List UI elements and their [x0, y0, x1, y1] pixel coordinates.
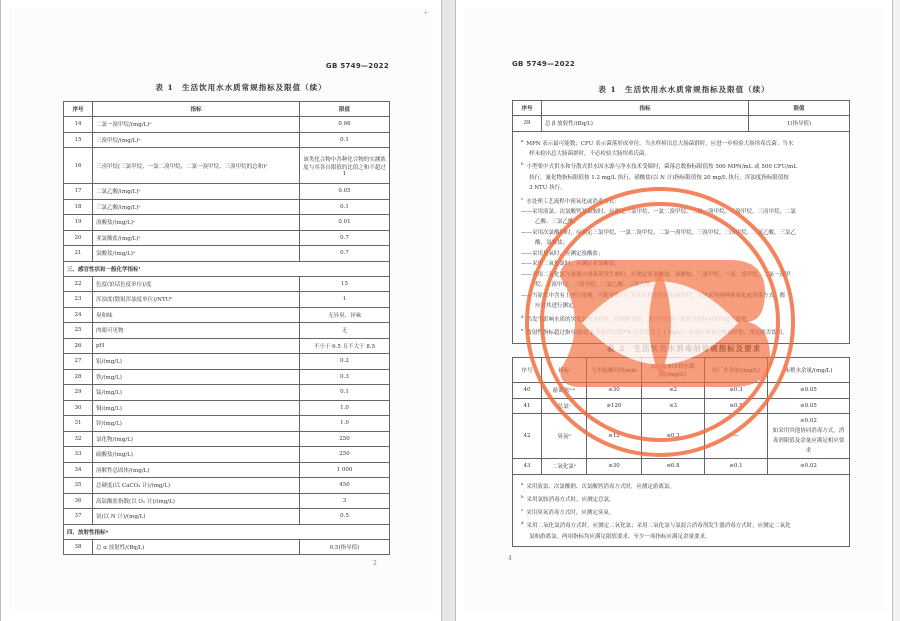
footnote-line: 执行，氟化物指标限值按 1.2 mg/L 执行，硝酸盐(以 N 计)指标限值按 … [521, 173, 841, 184]
row-number: 34 [64, 462, 93, 478]
limit-value: 1 [300, 292, 390, 308]
cell-contact: ≥30 [587, 459, 642, 475]
cell-indicator: 游离氯ᵃ·ᵇ [542, 383, 587, 399]
table-row: 32氯化物/(mg/L)250 [64, 431, 390, 447]
footnote-mark: e [521, 327, 523, 332]
table-row: 43二氧化氯ᵉ≥30≤0.8≥0.1≥0.02 [513, 459, 850, 475]
table-2-header: 出厂水余量/(mg/L) [705, 358, 768, 383]
table-row: 41总氯ᶜ≥120≤3≥0.5≥0.05 [513, 398, 850, 414]
limit-value: 0.05 [300, 184, 390, 200]
indicator-name: 肉眼可见物 [93, 323, 300, 339]
cell-no: 40 [513, 383, 542, 399]
indicator-name: 铁/(mg/L) [93, 369, 300, 385]
footnote-text: ——采用二氧化氯时，应测定亚氯酸盐； [521, 261, 620, 267]
limit-value: 无 [300, 323, 390, 339]
section-label: 三、感官性状和一般化学指标ᶠ [64, 261, 390, 276]
table-2-header: 序号 [513, 358, 542, 383]
table-row: 40游离氯ᵃ·ᵇ≥30≤2≥0.3≥0.05 [513, 383, 850, 399]
footnote-text: 3 NTU 执行。 [529, 185, 566, 191]
cell-factory: ≥0.1 [705, 459, 768, 475]
limit-value: 0.5(指导值) [300, 539, 390, 555]
footnote-text: 采用液氯、次氯酸钠、次氯酸钙消毒方式时，应测定游离氯。 [526, 483, 675, 489]
table-row: 17二氯乙酸/(mg/L)ᵉ0.05 [64, 184, 390, 200]
table-2-header: 与水接触时间/min [587, 358, 642, 383]
footnote-line: 应对其进行测定。 [521, 301, 841, 312]
table-row: 23浑浊度(散射浑浊度单位)/NTUᵇ1 [64, 292, 390, 308]
row-number: 17 [64, 184, 93, 200]
table-row: 30铜/(mg/L)1.0 [64, 400, 390, 416]
row-number: 24 [64, 307, 93, 323]
limit-value: 0.06 [300, 117, 390, 133]
cell-no: 41 [513, 398, 542, 414]
limit-value: 0.1 [300, 385, 390, 401]
row-number: 30 [64, 400, 93, 416]
footnote-text: 放射性指标超过指导值(总 β 放射性扣除⁴⁰K 后仍然大于 1 Bq/L)，应进… [526, 330, 787, 336]
footnote-text: 氯和游离氯。两项指标均应满足限值要求，至少一项指标应满足余量要求。 [529, 534, 711, 540]
footnote-text: 小型集中式供水和分散式供水因水源与净水技术受限时，菌落总数指标限值按 500 M… [527, 164, 798, 170]
table-row: 28铁/(mg/L)0.3 [64, 369, 390, 385]
indicator-name: 总 α 放射性/(Bq/L) [93, 539, 300, 555]
table-row: 42臭氧ᵈ≥12≤0.3—≥0.02 如采用其他协同消毒方式，消毒剂限值及余量应… [513, 414, 850, 459]
cell-tap: ≥0.02 [768, 459, 850, 475]
table-row: 14二氯一溴甲烷/(mg/L)ᵉ0.06 [64, 117, 390, 133]
cell-limit: ≤3 [642, 398, 705, 414]
footnote-text: ——采用二氧化氯与氯混合消毒剂发生器时，应测定亚氯酸盐、氯酸盐、三氯甲烷、一氯二… [521, 272, 791, 278]
row-number: 14 [64, 117, 93, 133]
indicator-name: 高锰酸盐指数(以 O₂ 计)/(mg/L) [93, 493, 300, 509]
table-row: 38总 α 放射性/(Bq/L)0.5(指导值) [64, 539, 390, 555]
row-number: 28 [64, 369, 93, 385]
header-no: 序号 [64, 102, 93, 117]
indicator-name: 三卤甲烷(三氯甲烷、一氯二溴甲烷、二氯一溴甲烷、三溴甲烷的总和)ᵉ [93, 148, 300, 184]
limit-value: 0.5 [300, 509, 390, 525]
footnote-mark: c [521, 507, 523, 512]
indicator-name: 铜/(mg/L) [93, 400, 300, 416]
footnote-text: ——采用臭氧时，应测定溴酸盐； [521, 251, 604, 257]
footnote-line: d采用二氧化氯消毒方式时，应测定二氧化氯；采用二氧化氯与氯混合消毒剂发生器消毒方… [521, 518, 841, 531]
cell-indicator: 臭氧ᵈ [542, 414, 587, 459]
row-number: 35 [64, 478, 93, 494]
row-number: 33 [64, 447, 93, 463]
limit-value: 450 [300, 478, 390, 494]
footnote-mark: b [521, 494, 524, 499]
limit-value: 0.3 [300, 369, 390, 385]
indicator-name: 二氯一溴甲烷/(mg/L)ᵉ [93, 117, 300, 133]
cell-factory: — [705, 414, 768, 459]
header-no: 序号 [513, 101, 542, 116]
page-number: 2 [373, 560, 377, 567]
row-number: 19 [64, 215, 93, 231]
footnote-line: 3 NTU 执行。 [521, 183, 841, 194]
table-row: 22色度(铂钴色度单位)/度15 [64, 276, 390, 292]
page-corner-mark: + [422, 8, 429, 17]
row-number: 26 [64, 338, 93, 354]
limit-value: 15 [300, 276, 390, 292]
footnote-text: ——采用液氯、次氯酸钙及氯胺时，应测定三氯甲烷、一氯二溴甲烷、二氯一溴甲烷、三溴… [521, 209, 796, 215]
table-row: 36高锰酸盐指数(以 O₂ 计)/(mg/L)3 [64, 493, 390, 509]
cell-factory: ≥0.3 [705, 383, 768, 399]
table-section-row: 四、放射性指标ᵍ [64, 524, 390, 539]
limit-value: 0.01 [300, 215, 390, 231]
footnote-line: ——当原水中含有上述污染物，可能导致出厂水和末梢水的超标风险时，无论采用何种预氧… [521, 291, 841, 302]
indicator-name: 溴酸盐/(mg/L)ᵉ [93, 215, 300, 231]
page-number: 4 [508, 555, 512, 562]
table-row: 29锰/(mg/L)0.1 [64, 385, 390, 401]
footnote-line: ——采用二氧化氯时，应测定亚氯酸盐； [521, 259, 841, 270]
table-row: 24臭和味无异臭、异味 [64, 307, 390, 323]
header-indicator: 指标 [93, 102, 300, 117]
footnote-text: 采用氯胺消毒方式时，应测定总氯。 [527, 497, 615, 503]
cell-limit: ≤0.8 [642, 459, 705, 475]
document-page-right: GB 5749—2022 表 1 生活饮用水水质常规指标及限值（续） 序号 指标… [455, 0, 893, 621]
footnote-line: aMPN 表示最可能数；CFU 表示菌落形成单位。当水样检出总大肠菌群时，应进一… [521, 136, 841, 149]
footnote-line: 烷、三溴甲烷、三卤甲烷、二氯乙酸、三氯乙酸； [521, 280, 841, 291]
table-notes: a采用液氯、次氯酸钠、次氯酸钙消毒方式时，应测定游离氯。b采用氯胺消毒方式时，应… [513, 474, 850, 547]
table-row: 18三氯乙酸/(mg/L)ᵉ0.1 [64, 199, 390, 215]
section-label: 四、放射性指标ᵍ [64, 524, 390, 539]
footnote-mark: a [521, 481, 523, 486]
footnote-line: 乙酸、三氯乙酸； [521, 217, 841, 228]
limit-value: 3 [300, 493, 390, 509]
table-notes-row: aMPN 表示最可能数；CFU 表示菌落形成单位。当水样检出总大肠菌群时，应进一… [513, 131, 850, 343]
limit-value: 该类化合物中各种化合物的实测浓度与其各自限值的比值之和不超过 1 [300, 148, 390, 184]
footnote-text: 水处理工艺流程中预氧化或消毒方式： [526, 198, 620, 204]
header-indicator: 指标 [542, 101, 749, 116]
cell-indicator: 二氧化氯ᵉ [542, 459, 587, 475]
limit-value: 1 000 [300, 462, 390, 478]
footnote-text: 执行，氟化物指标限值按 1.2 mg/L 执行，硝酸盐(以 N 计)指标限值按 … [529, 175, 789, 181]
row-number: 38 [64, 539, 93, 555]
table-1-end: 序号 指标 限值 39总 β 放射性/(Bq/L)1(指导值)aMPN 表示最可… [512, 100, 850, 344]
indicator-name: 亚氯酸盐/(mg/L)ᵉ [93, 230, 300, 246]
limit-value: 无异臭、异味 [300, 307, 390, 323]
table-section-row: 三、感官性状和一般化学指标ᶠ [64, 261, 390, 276]
footnote-line: ——采用次氯酸钠时，应测定三氯甲烷、一氯二溴甲烷、二氯一溴甲烷、三溴甲烷、三卤甲… [521, 228, 841, 239]
cell-limit: ≤0.3 [642, 414, 705, 459]
table-row: 31锌/(mg/L)1.0 [64, 416, 390, 432]
row-number: 39 [513, 116, 542, 132]
standard-number: GB 5749—2022 [512, 60, 575, 68]
footnote-line: b小型集中式供水和分散式供水因水源与净水技术受限时，菌落总数指标限值按 500 … [521, 159, 841, 172]
cell-no: 42 [513, 414, 542, 459]
cell-contact: ≥30 [587, 383, 642, 399]
header-limit: 限值 [300, 102, 390, 117]
indicator-name: 铝/(mg/L) [93, 354, 300, 370]
footnote-line: e放射性指标超过指导值(总 β 放射性扣除⁴⁰K 后仍然大于 1 Bq/L)，应… [521, 325, 841, 338]
table-row: 16三卤甲烷(三氯甲烷、一氯二溴甲烷、二氯一溴甲烷、三溴甲烷的总和)ᵉ该类化合物… [64, 148, 390, 184]
footnote-line: 样未检出总大肠菌群时，不必检验大肠埃希氏菌。 [521, 149, 841, 160]
limit-value: 250 [300, 447, 390, 463]
indicator-name: pH [93, 338, 300, 354]
row-number: 32 [64, 431, 93, 447]
cell-tap: ≥0.05 [768, 398, 850, 414]
indicator-name: 浑浊度(散射浑浊度单位)/NTUᵇ [93, 292, 300, 308]
table-notes: aMPN 表示最可能数；CFU 表示菌落形成单位。当水样检出总大肠菌群时，应进一… [513, 131, 850, 343]
table-notes-row: a采用液氯、次氯酸钠、次氯酸钙消毒方式时，应测定游离氯。b采用氯胺消毒方式时，应… [513, 474, 850, 547]
table-2-header: 末梢水余量/(mg/L) [768, 358, 850, 383]
footnote-text: MPN 表示最可能数；CFU 表示菌落形成单位。当水样检出总大肠菌群时，应进一步… [526, 140, 793, 146]
cell-no: 43 [513, 459, 542, 475]
indicator-name: 氯酸盐/(mg/L)ᵉ [93, 246, 300, 262]
footnote-line: ——采用液氯、次氯酸钙及氯胺时，应测定三氯甲烷、一氯二溴甲烷、二氯一溴甲烷、三溴… [521, 207, 841, 218]
footnote-mark: c [521, 196, 523, 201]
table-row: 26pH不小于 6.5 且不大于 8.5 [64, 338, 390, 354]
cell-factory: ≥0.5 [705, 398, 768, 414]
footnote-line: d当发生影响水质的突发公共事件时，经风险评估，感官性状和一般化学指标可暂时适当放… [521, 312, 841, 325]
row-number: 31 [64, 416, 93, 432]
cell-contact: ≥120 [587, 398, 642, 414]
table-1-title: 表 1 生活饮用水水质常规指标及限值（续） [476, 84, 892, 95]
footnote-mark: d [521, 520, 524, 525]
table-2-header: 出厂水和末梢水限值/(mg/L) [642, 358, 705, 383]
cell-tap: ≥0.05 [768, 383, 850, 399]
indicator-name: 锰/(mg/L) [93, 385, 300, 401]
table-1-continued: 序号 指标 限值 14二氯一溴甲烷/(mg/L)ᵉ0.0615三溴甲烷/(mg/… [63, 101, 390, 555]
footnote-mark: a [521, 138, 523, 143]
table-row: 39总 β 放射性/(Bq/L)1(指导值) [513, 116, 850, 132]
indicator-name: 锌/(mg/L) [93, 416, 300, 432]
table-row: 35总硬度(以 CaCO₃ 计)/(mg/L)450 [64, 478, 390, 494]
table-2-header: 指标 [542, 358, 587, 383]
cell-tap: ≥0.02 如采用其他协同消毒方式，消毒剂限值及余量应满足相应要求 [768, 414, 850, 459]
row-number: 16 [64, 148, 93, 184]
indicator-name: 硫酸盐/(mg/L) [93, 447, 300, 463]
footnote-line: ——采用臭氧时，应测定溴酸盐； [521, 249, 841, 260]
cell-contact: ≥12 [587, 414, 642, 459]
row-number: 15 [64, 132, 93, 148]
standard-number: GB 5749—2022 [326, 62, 389, 70]
table-row: 25肉眼可见物无 [64, 323, 390, 339]
row-number: 23 [64, 292, 93, 308]
footnote-line: 酸、氯酸盐； [521, 238, 841, 249]
table-2-title: 表 2 生活饮用水消毒剂常规指标及要求 [476, 343, 892, 354]
table-row: 33硫酸盐/(mg/L)250 [64, 447, 390, 463]
footnote-mark: b [521, 161, 524, 166]
footnote-text: ——当原水中含有上述污染物，可能导致出厂水和末梢水的超标风险时，无论采用何种预氧… [521, 293, 785, 299]
limit-value: 250 [300, 431, 390, 447]
table-row: 15三溴甲烷/(mg/L)ᵉ0.1 [64, 132, 390, 148]
table-2: 序号指标与水接触时间/min出厂水和末梢水限值/(mg/L)出厂水余量/(mg/… [512, 357, 850, 547]
footnote-text: 酸、氯酸盐； [535, 240, 568, 246]
indicator-name: 三氯乙酸/(mg/L)ᵉ [93, 199, 300, 215]
table-1-title: 表 1 生活饮用水水质常规指标及限值（续） [41, 82, 441, 93]
limit-value: 0.7 [300, 230, 390, 246]
indicator-name: 臭和味 [93, 307, 300, 323]
row-number: 36 [64, 493, 93, 509]
indicator-name: 三溴甲烷/(mg/L)ᵉ [93, 132, 300, 148]
limit-value: 不小于 6.5 且不大于 8.5 [300, 338, 390, 354]
indicator-name: 总 β 放射性/(Bq/L) [542, 116, 749, 132]
limit-value: 0.7 [300, 246, 390, 262]
footnote-line: ——采用二氧化氯与氯混合消毒剂发生器时，应测定亚氯酸盐、氯酸盐、三氯甲烷、一氯二… [521, 270, 841, 281]
table-row: 19溴酸盐/(mg/L)ᵉ0.01 [64, 215, 390, 231]
cell-indicator: 总氯ᶜ [542, 398, 587, 414]
indicator-name: 氯化物/(mg/L) [93, 431, 300, 447]
table-row: 27铝/(mg/L)0.2 [64, 354, 390, 370]
footnote-text: 当发生影响水质的突发公共事件时，经风险评估，感官性状和一般化学指标可暂时适当放宽… [527, 317, 753, 323]
row-number: 21 [64, 246, 93, 262]
table-row: 20亚氯酸盐/(mg/L)ᵉ0.7 [64, 230, 390, 246]
row-number: 25 [64, 323, 93, 339]
indicator-name: 氨(以 N 计)/(mg/L) [93, 509, 300, 525]
row-number: 22 [64, 276, 93, 292]
row-number: 18 [64, 199, 93, 215]
table-row: 37氨(以 N 计)/(mg/L)0.5 [64, 509, 390, 525]
row-number: 37 [64, 509, 93, 525]
row-number: 27 [64, 354, 93, 370]
footnote-text: 烷、三溴甲烷、三卤甲烷、二氯乙酸、三氯乙酸； [535, 282, 656, 288]
document-page-left: + GB 5749—2022 表 1 生活饮用水水质常规指标及限值（续） 序号 … [0, 0, 442, 621]
limit-value: 1.0 [300, 400, 390, 416]
indicator-name: 色度(铂钴色度单位)/度 [93, 276, 300, 292]
indicator-name: 总硬度(以 CaCO₃ 计)/(mg/L) [93, 478, 300, 494]
footnote-text: 采用二氧化氯消毒方式时，应测定二氧化氯；采用二氧化氯与氯混合消毒剂发生器消毒方式… [527, 523, 791, 529]
footnote-mark: d [521, 314, 524, 319]
footnote-line: c采用臭氧消毒方式时，应测定臭氧。 [521, 505, 841, 518]
footnote-line: 氯和游离氯。两项指标均应满足限值要求，至少一项指标应满足余量要求。 [521, 532, 841, 543]
limit-value: 0.1 [300, 132, 390, 148]
limit-value: 0.2 [300, 354, 390, 370]
row-number: 29 [64, 385, 93, 401]
limit-value: 0.1 [300, 199, 390, 215]
table-row: 34溶解性总固体/(mg/L)1 000 [64, 462, 390, 478]
row-number: 20 [64, 230, 93, 246]
footnote-text: 采用臭氧消毒方式时，应测定臭氧。 [526, 510, 614, 516]
footnote-text: 应对其进行测定。 [535, 303, 579, 309]
header-limit: 限值 [749, 101, 850, 116]
limit-value: 1.0 [300, 416, 390, 432]
cell-limit: ≤2 [642, 383, 705, 399]
viewer-scroll-gutter [893, 0, 900, 621]
footnote-line: b采用氯胺消毒方式时，应测定总氯。 [521, 492, 841, 505]
footnote-text: 乙酸、三氯乙酸； [535, 219, 579, 225]
footnote-text: ——采用次氯酸钠时，应测定三氯甲烷、一氯二溴甲烷、二氯一溴甲烷、三溴甲烷、三卤甲… [521, 230, 796, 236]
footnote-line: c水处理工艺流程中预氧化或消毒方式： [521, 194, 841, 207]
indicator-name: 二氯乙酸/(mg/L)ᵉ [93, 184, 300, 200]
indicator-name: 溶解性总固体/(mg/L) [93, 462, 300, 478]
limit-value: 1(指导值) [749, 116, 850, 132]
table-row: 21氯酸盐/(mg/L)ᵉ0.7 [64, 246, 390, 262]
footnote-line: a采用液氯、次氯酸钠、次氯酸钙消毒方式时，应测定游离氯。 [521, 479, 841, 492]
footnote-text: 样未检出总大肠菌群时，不必检验大肠埃希氏菌。 [529, 151, 650, 157]
